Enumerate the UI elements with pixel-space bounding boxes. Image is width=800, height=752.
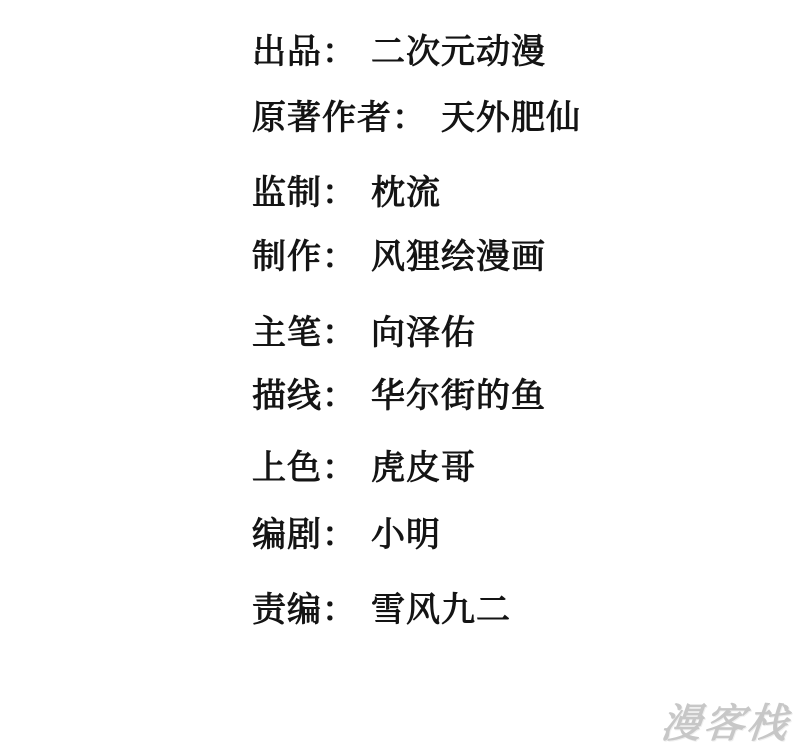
credit-role: 责编: [252, 592, 322, 629]
credit-separator: ：: [322, 34, 357, 71]
credit-line-editor: 责编：雪风九二: [252, 594, 511, 628]
credit-separator: ：: [322, 239, 357, 276]
mankezhan-logo: 漫客栈: [659, 704, 792, 744]
credits-page: 出品：二次元动漫 原著作者：天外肥仙 监制：枕流 制作：风狸绘漫画 主笔：向泽佑…: [0, 0, 800, 752]
credit-name: 雪风九二: [371, 592, 511, 629]
credit-name: 二次元动漫: [371, 34, 546, 71]
credit-separator: ：: [322, 517, 357, 554]
credit-name: 天外肥仙: [441, 100, 581, 137]
credit-line-coloring: 上色：虎皮哥: [252, 452, 476, 486]
credit-role: 上色: [252, 450, 322, 487]
credit-role: 制作: [252, 239, 322, 276]
credit-line-production: 制作：风狸绘漫画: [252, 241, 546, 275]
credit-separator: ：: [322, 175, 357, 212]
credit-role: 主笔: [252, 315, 322, 352]
credit-role: 原著作者: [252, 100, 392, 137]
credit-line-screenwriter: 编剧：小明: [252, 519, 441, 553]
credit-line-line-art: 描线：华尔街的鱼: [252, 380, 546, 414]
credit-line-supervisor: 监制：枕流: [252, 177, 441, 211]
credit-name: 风狸绘漫画: [371, 239, 546, 276]
credit-name: 向泽佑: [371, 315, 476, 352]
credit-name: 枕流: [371, 175, 441, 212]
credit-line-original-author: 原著作者：天外肥仙: [252, 102, 581, 136]
credit-line-publisher: 出品：二次元动漫: [252, 36, 546, 70]
credit-separator: ：: [392, 100, 427, 137]
credit-role: 监制: [252, 175, 322, 212]
credit-separator: ：: [322, 450, 357, 487]
credit-separator: ：: [322, 378, 357, 415]
credit-separator: ：: [322, 592, 357, 629]
credit-role: 出品: [252, 34, 322, 71]
credit-name: 虎皮哥: [371, 450, 476, 487]
credit-role: 描线: [252, 378, 322, 415]
credit-name: 小明: [371, 517, 441, 554]
credit-line-lead-artist: 主笔：向泽佑: [252, 317, 476, 351]
credit-role: 编剧: [252, 517, 322, 554]
credit-name: 华尔街的鱼: [371, 378, 546, 415]
credit-separator: ：: [322, 315, 357, 352]
